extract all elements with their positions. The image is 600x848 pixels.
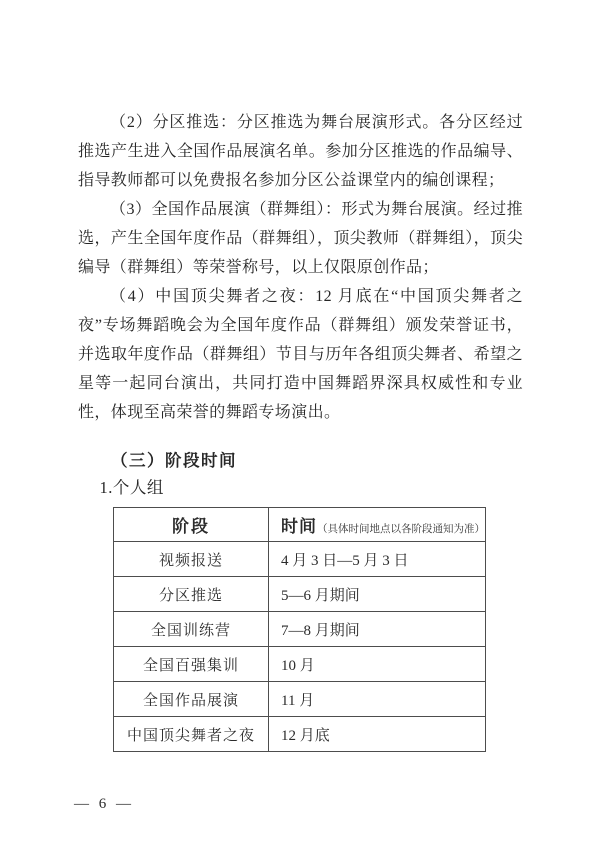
time-cell: 7—8 月期间 xyxy=(269,612,486,647)
table-row: 全国百强集训 10 月 xyxy=(114,647,486,682)
table-row: 全国训练营 7—8 月期间 xyxy=(114,612,486,647)
time-cell: 5—6 月期间 xyxy=(269,577,486,612)
time-cell: 10 月 xyxy=(269,647,486,682)
document-content: （2）分区推选：分区推选为舞台展演形式。各分区经过推选产生进入全国作品展演名单。… xyxy=(78,108,523,752)
paragraph-3: （3）全国作品展演（群舞组）：形式为舞台展演。经过推选，产生全国年度作品（群舞组… xyxy=(78,195,523,282)
stage-cell: 分区推选 xyxy=(114,577,269,612)
document-page: （2）分区推选：分区推选为舞台展演形式。各分区经过推选产生进入全国作品展演名单。… xyxy=(0,0,600,848)
stage-cell: 全国百强集训 xyxy=(114,647,269,682)
time-cell: 12 月底 xyxy=(269,717,486,752)
table-header-row: 阶段 时间（具体时间地点以各阶段通知为准） xyxy=(114,508,486,542)
time-header-label: 时间 xyxy=(281,517,317,536)
stage-cell: 视频报送 xyxy=(114,542,269,577)
table-row: 分区推选 5—6 月期间 xyxy=(114,577,486,612)
stage-cell: 全国作品展演 xyxy=(114,682,269,717)
stage-cell: 中国顶尖舞者之夜 xyxy=(114,717,269,752)
section-heading: （三）阶段时间 xyxy=(78,451,523,471)
table-row: 全国作品展演 11 月 xyxy=(114,682,486,717)
stage-schedule-table: 阶段 时间（具体时间地点以各阶段通知为准） 视频报送 4 月 3 日—5 月 3… xyxy=(113,507,486,752)
table-row: 中国顶尖舞者之夜 12 月底 xyxy=(114,717,486,752)
stage-cell: 全国训练营 xyxy=(114,612,269,647)
paragraph-2: （2）分区推选：分区推选为舞台展演形式。各分区经过推选产生进入全国作品展演名单。… xyxy=(78,108,523,195)
subsection-label: 1.个人组 xyxy=(78,477,523,499)
table-row: 视频报送 4 月 3 日—5 月 3 日 xyxy=(114,542,486,577)
paragraph-4: （4）中国顶尖舞者之夜：12 月底在“中国顶尖舞者之夜”专场舞蹈晚会为全国年度作… xyxy=(78,282,523,427)
table-header-time: 时间（具体时间地点以各阶段通知为准） xyxy=(269,508,486,542)
time-cell: 11 月 xyxy=(269,682,486,717)
page-number: — 6 — xyxy=(74,796,134,813)
time-header-note: （具体时间地点以各阶段通知为准） xyxy=(317,524,485,535)
table-header-stage: 阶段 xyxy=(114,508,269,542)
stage-header-label: 阶段 xyxy=(172,517,210,536)
time-cell: 4 月 3 日—5 月 3 日 xyxy=(269,542,486,577)
